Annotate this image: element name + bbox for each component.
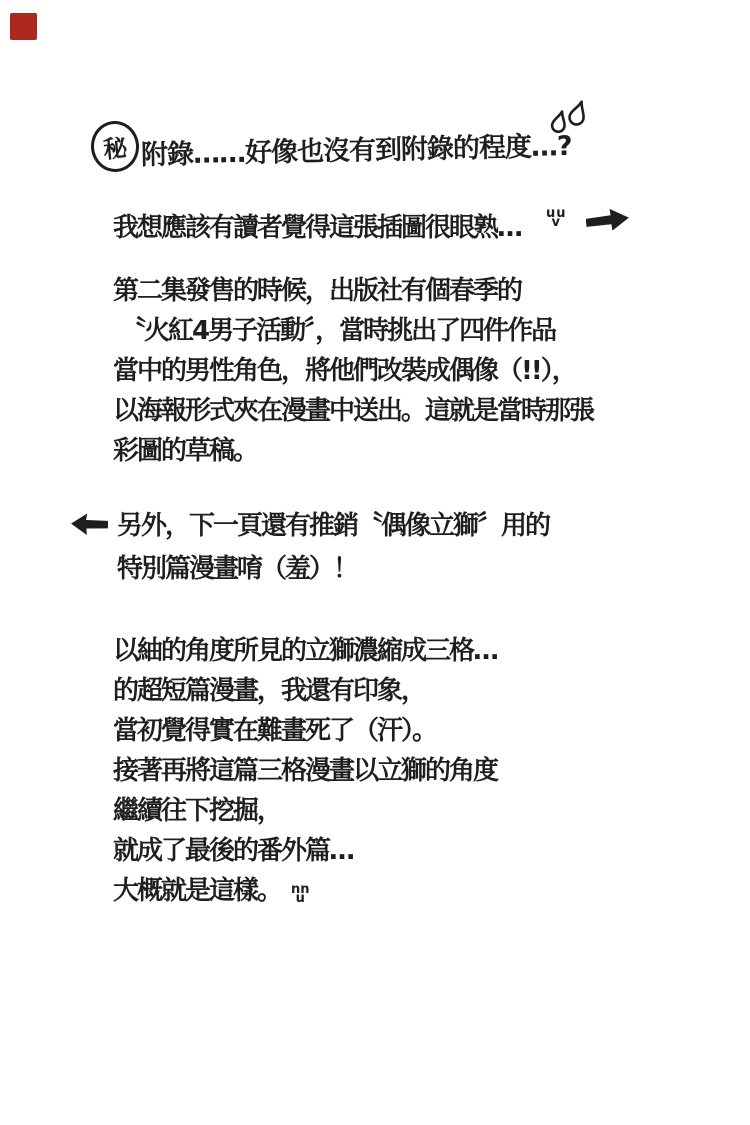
- paragraph-closing-line: 大概就是這樣。nnu: [113, 871, 497, 911]
- smiley-face-doodle: uu v: [546, 209, 567, 227]
- left-arrow-icon: [71, 512, 108, 541]
- red-corner-marker: [10, 13, 37, 40]
- closing-face-doodle: nnu: [291, 885, 310, 903]
- paragraph-line: 的超短篇漫畫，我還有印象，: [113, 671, 497, 711]
- closing-face-mouth: u: [296, 894, 305, 903]
- paragraph-line: 繼續往下挖掘，: [113, 791, 497, 831]
- secret-badge: 秘: [89, 119, 141, 174]
- intro-text: 我想應該有讀者覺得這張插圖很眼熟…: [113, 207, 521, 244]
- paragraph-line: 第二集發售的時候，出版社有個春季的: [113, 271, 593, 311]
- promo-line: 特別篇漫畫唷（羞）！: [117, 548, 549, 591]
- promo-note: 另外，下一頁還有推銷〝偶像立獅〞用的 特別篇漫畫唷（羞）！: [117, 505, 549, 591]
- paragraph-line: 就成了最後的番外篇…: [113, 831, 497, 871]
- closing-text: 大概就是這樣。: [113, 876, 281, 906]
- paragraph-extra-story: 以紬的角度所見的立獅濃縮成三格… 的超短篇漫畫，我還有印象， 當初覺得實在難畫死…: [113, 631, 497, 911]
- sweat-drops-icon: [546, 100, 592, 146]
- paragraph-event-story: 第二集發售的時候，出版社有個春季的 〝火紅4男子活動〞，當時挑出了四件作品 當中…: [113, 271, 593, 471]
- paragraph-line: 當初覺得實在難畫死了（汗）。: [113, 711, 497, 751]
- paragraph-line: 彩圖的草稿。: [113, 431, 593, 471]
- smiley-mouth: v: [552, 218, 561, 227]
- paragraph-line: 接著再將這篇三格漫畫以立獅的角度: [113, 751, 497, 791]
- manga-afterword-page: 秘 附錄……好像也沒有到附錄的程度…? 我想應該有讀者覺得這張插圖很眼熟… uu…: [0, 0, 750, 1125]
- secret-badge-label: 秘: [102, 128, 129, 165]
- paragraph-line: 當中的男性角色，將他們改裝成偶像（!!），: [113, 351, 593, 391]
- page-title: 附錄……好像也沒有到附錄的程度…?: [141, 124, 572, 172]
- paragraph-line: 以紬的角度所見的立獅濃縮成三格…: [113, 631, 497, 671]
- paragraph-line: 〝火紅4男子活動〞，當時挑出了四件作品: [113, 311, 593, 351]
- right-arrow-icon: [586, 206, 630, 238]
- paragraph-line: 以海報形式夾在漫畫中送出。這就是當時那張: [113, 391, 593, 431]
- promo-line: 另外，下一頁還有推銷〝偶像立獅〞用的: [117, 505, 549, 548]
